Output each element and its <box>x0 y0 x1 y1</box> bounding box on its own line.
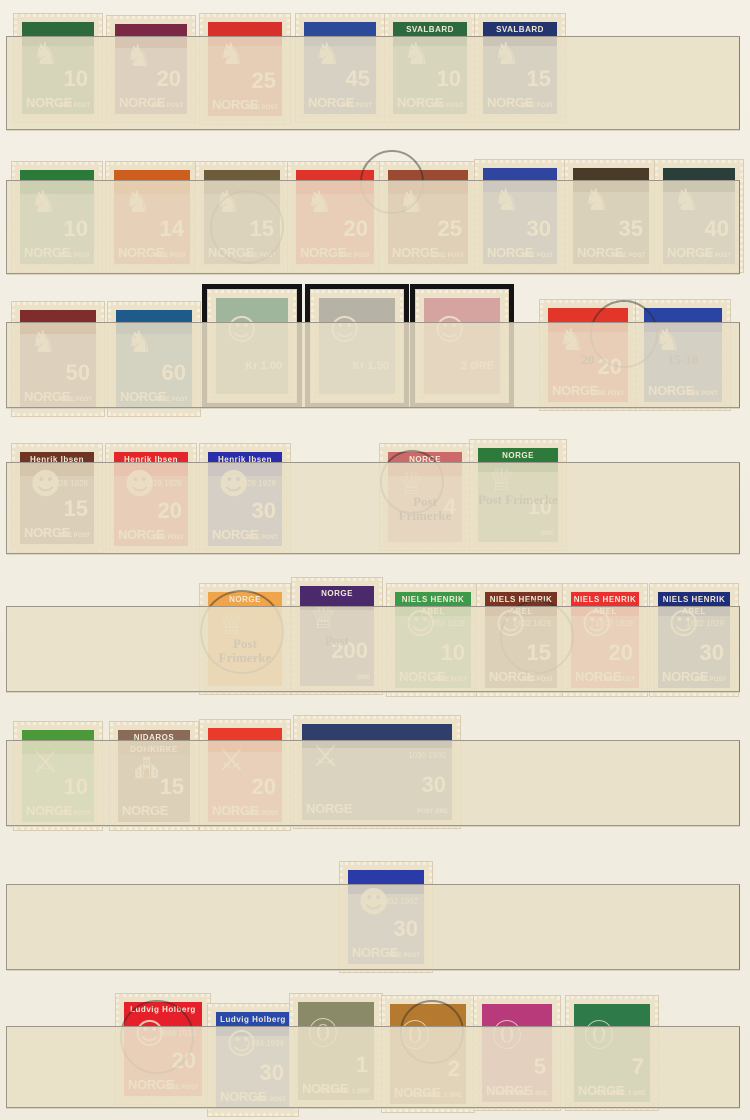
stamp-years: 1802 1829 <box>595 618 633 630</box>
stamp-face: ♞15NORGEØRE POST <box>204 170 280 264</box>
stamp[interactable]: Ludvig Holberg☺1684 193430NORGEØRE POST <box>208 1004 298 1116</box>
stamp-face: ☺Kr 1.50 <box>319 298 395 394</box>
stamp-value: 2 ØRE <box>461 360 494 372</box>
stamp[interactable]: ♞30NORGEØRE POST <box>475 160 565 272</box>
olav-icon: ⚔ <box>218 746 245 776</box>
stamp-value: 10 <box>64 216 88 242</box>
stamp-face: ♞45NORGEØRE POST <box>304 22 376 114</box>
stamp-face: ♞10NORGEØRE POST <box>20 170 94 264</box>
stamp-country: NORGE <box>122 803 168 818</box>
stamp-value: 20 <box>157 66 181 92</box>
stamp[interactable]: ♞14NORGEØRE POST <box>106 162 198 272</box>
stamp-face: ⓪1NORGEPOSTFRIM. 1 ØRE <box>298 1002 374 1100</box>
stamp-value: 10 <box>437 66 461 92</box>
stamp-value: 30 <box>422 772 446 798</box>
stamp-unit: ØRE POST <box>614 253 645 259</box>
stamp[interactable]: NORGE♕200ØREPost <box>292 578 382 694</box>
stamp-face: NIELS HENRIK ABEL☺1802 182915NORGEØRE PO… <box>485 592 557 688</box>
stamp-face: SVALBARD♞10NORGEØRE POST <box>393 22 467 114</box>
lion-icon: ♞ <box>493 186 520 216</box>
stamp-value: 30 <box>394 916 418 942</box>
stamp[interactable]: ⓪7NORGEPOSTFRIM. 7 ØRE <box>566 996 658 1110</box>
king-icon: ☺ <box>226 316 257 346</box>
stamp-face: ⓪5NORGEPOSTFRIM. 5 ØRE <box>482 1004 552 1102</box>
king-icon: ☺ <box>329 316 360 346</box>
stamp-unit: ØRE POST <box>341 103 372 109</box>
stamp-value: 20 <box>252 774 276 800</box>
stamp-country: NORGE <box>392 245 438 260</box>
stamp-face: NORGE♕Post Frimerke <box>208 592 282 686</box>
stamp-face: Henrik Ibsen☻1828 192820NORGEØRE POST <box>114 452 188 546</box>
stamp-value: 25 <box>438 216 462 242</box>
stamp-years: 1684 1934 <box>158 1028 196 1040</box>
lion-icon: ♞ <box>125 42 152 72</box>
stamp[interactable]: ⓪2NORGEPOSTFRIM. 2 ØRE <box>382 996 474 1112</box>
stamp-value: 15 <box>250 216 274 242</box>
stamp-face: NIELS HENRIK ABEL☺1802 182920NORGEØRE PO… <box>571 592 639 688</box>
stamp-face: ♞20NORGEØRE POST <box>115 24 187 114</box>
stamp-unit: ØRE POST <box>604 677 635 683</box>
stamp-unit: ØRE POST <box>59 811 90 817</box>
stamp-unit: ØRE POST <box>152 103 183 109</box>
lion-icon: ♞ <box>398 188 425 218</box>
stamp-face: ♞14NORGEØRE POST <box>114 170 190 264</box>
stamp-years: 1828 1928 <box>144 478 182 490</box>
stamp-face: Henrik Ibsen☻1828 192830NORGEØRE POST <box>208 452 282 546</box>
stamp-face: ☺2 ØRE <box>424 298 500 394</box>
stamp-years: 1030 1930 <box>408 750 446 762</box>
stamp-face: ♞25NORGEØRE POST <box>388 170 468 264</box>
stamp-years: 1802 1829 <box>513 618 551 630</box>
stamp[interactable]: Henrik Ibsen☻1828 192830NORGEØRE POST <box>200 444 290 554</box>
stamp-overprint: 20 <box>548 353 628 367</box>
stamp-value: 30 <box>260 1060 284 1086</box>
stamp-value: 50 <box>66 360 90 386</box>
stamp-unit: ØRE POST <box>247 105 278 111</box>
stamp-unit: ØRE POST <box>339 253 370 259</box>
stamp[interactable]: ♞10NORGEØRE POST <box>14 14 102 122</box>
lion-icon: ♞ <box>493 40 520 70</box>
stamp[interactable]: NORGE♕4Post Frimerke <box>380 444 470 550</box>
stamp[interactable]: ☺Kr 1.00 <box>208 290 296 402</box>
posthorn-icon: ♕ <box>310 604 337 634</box>
stamp-unit: ØRE POST <box>167 1085 198 1091</box>
stamp-overprint: 15-18 <box>644 353 722 367</box>
stamp-unit: ØRE POST <box>255 1097 286 1103</box>
stamp-unit: POSTFRIM. 1 ØRE <box>318 1089 370 1095</box>
stamp-unit: ØRE POST <box>59 103 90 109</box>
stamp-unit: ØRE POST <box>245 253 276 259</box>
stamp-value: 14 <box>160 216 184 242</box>
stamp-value: 25 <box>252 68 276 94</box>
stamp[interactable]: ⚔20NORGEØRE POST <box>200 720 290 830</box>
stamp-unit: ØRE <box>541 531 554 537</box>
stamp-value: 1 <box>356 1052 368 1078</box>
stamp[interactable]: Ludvig Holberg☺1684 193420NORGEØRE POST <box>116 994 210 1104</box>
stamp-value: 15 <box>527 66 551 92</box>
stamp-value: 15 <box>527 640 551 666</box>
lion-icon: ♞ <box>673 186 700 216</box>
stamp-unit: ØRE POST <box>522 103 553 109</box>
stamp[interactable]: ♞50NORGEØRE POST <box>12 302 104 416</box>
stamp-face: Ludvig Holberg☺1684 193430NORGEØRE POST <box>216 1012 290 1108</box>
stamp-unit: ØRE POST <box>155 253 186 259</box>
stamp-unit: ØRE POST <box>695 677 726 683</box>
stamp-overprint: Post Frimerke <box>388 495 462 523</box>
stamp-face: ♞30NORGEØRE POST <box>483 168 557 264</box>
stamp-face: ♞40NORGEØRE POST <box>663 168 735 264</box>
stamp-value: 30 <box>700 640 724 666</box>
stamp[interactable]: ♞20NORGEØRE POST <box>107 16 195 122</box>
lion-icon: ♞ <box>306 188 333 218</box>
battle-icon: ⚔ <box>312 742 339 772</box>
stamp-value: 40 <box>705 216 729 242</box>
stamp-years: 1802 1829 <box>427 618 465 630</box>
stamp-value: Kr 1.00 <box>245 360 282 372</box>
stamp-value: 2 <box>448 1056 460 1082</box>
stamp-face: ♞25NORGEØRE POST <box>208 22 282 116</box>
stamp-unit: ØRE POST <box>432 103 463 109</box>
stamp-years: 1684 1934 <box>246 1038 284 1050</box>
stamp-face: ♞10NORGEØRE POST <box>22 22 94 114</box>
stamp[interactable]: ♞20NORGEØRE POST <box>288 162 382 272</box>
stamp[interactable]: NIELS HENRIK ABEL☺1802 182930NORGEØRE PO… <box>650 584 738 696</box>
stamp-face: ⓪7NORGEPOSTFRIM. 7 ØRE <box>574 1004 650 1102</box>
stamp[interactable]: ♞25NORGEØRE POST <box>200 14 290 124</box>
stamp-value: 10 <box>64 774 88 800</box>
stamp-value: 20 <box>172 1048 196 1074</box>
stamp[interactable]: ⚔10NORGEØRE POST <box>14 722 102 830</box>
posthorn-oval-icon: ⓪ <box>400 1022 430 1052</box>
stamp-unit: ØRE POST <box>522 253 553 259</box>
stamp-face: ⚔20NORGEØRE POST <box>208 728 282 822</box>
stamp[interactable]: ♞10NORGEØRE POST <box>12 162 102 272</box>
stamp-unit: ØRE <box>357 675 370 681</box>
stamp-overprint: Post <box>300 634 374 648</box>
lion-icon: ♞ <box>558 326 585 356</box>
stamp-unit: ØRE POST <box>389 953 420 959</box>
posthorn-oval-icon: ⓪ <box>492 1022 522 1052</box>
stamp[interactable]: NIELS HENRIK ABEL☺1802 182915NORGEØRE PO… <box>477 584 565 696</box>
stamp-value: Kr 1.50 <box>352 360 389 372</box>
stamp-value: 15 <box>160 774 184 800</box>
stamp-unit: ØRE POST <box>522 677 553 683</box>
lion-icon: ♞ <box>218 40 245 70</box>
stamp[interactable]: ♞60NORGEØRE POST <box>108 302 200 416</box>
stamp-unit: POSTFRIM. 2 ØRE <box>410 1093 462 1099</box>
stamp-value: 7 <box>632 1054 644 1080</box>
stamp-face: ⚔10NORGEØRE POST <box>22 730 94 822</box>
stamp-face: Henrik Ibsen☻1828 192815NORGEØRE POST <box>20 452 94 544</box>
stamp-unit: ØRE POST <box>157 397 188 403</box>
stamp-face: NORGE♕200ØREPost <box>300 586 374 686</box>
stamp-face: ♞35NORGEØRE POST <box>573 168 649 264</box>
stamp-unit: ØRE POST <box>61 397 92 403</box>
lion-icon: ♞ <box>30 328 57 358</box>
stamp-face: NIDAROS DOMKIRKE⛪15NORGE <box>118 730 190 822</box>
stamp[interactable]: NIELS HENRIK ABEL☺1802 182920NORGEØRE PO… <box>563 584 647 696</box>
stamp-years: 1802 1829 <box>686 618 724 630</box>
stamp-value: 15 <box>64 496 88 522</box>
lion-icon: ♞ <box>403 40 430 70</box>
stamp-value: 30 <box>527 216 551 242</box>
stamp[interactable]: ☻1832 193230NORGEØRE POST <box>340 862 432 972</box>
stamp-unit: ØRE POST <box>700 253 731 259</box>
stamp[interactable]: ♞20NORGEØRE POST20 <box>540 300 636 410</box>
lion-icon: ♞ <box>583 186 610 216</box>
stamp-face: Ludvig Holberg☺1684 193420NORGEØRE POST <box>124 1002 202 1096</box>
lion-icon: ♞ <box>214 188 241 218</box>
posthorn-oval-icon: ⓪ <box>584 1022 614 1052</box>
stamp-years: 1828 1928 <box>238 478 276 490</box>
lion-icon: ♞ <box>126 328 153 358</box>
stamp-face: ♞60NORGEØRE POST <box>116 310 192 408</box>
stamp-value: 10 <box>441 640 465 666</box>
stamp-value: 60 <box>162 360 186 386</box>
stamp-face: ♞20NORGEØRE POST20 <box>548 308 628 402</box>
stamp-face: ☻1832 193230NORGEØRE POST <box>348 870 424 964</box>
stamp[interactable]: Henrik Ibsen☻1828 192815NORGEØRE POST <box>12 444 102 552</box>
stamp-unit: ØRE POST <box>59 253 90 259</box>
olav-icon: ⚔ <box>32 748 59 778</box>
stamp-unit: POSTFRIM. 7 ØRE <box>594 1091 646 1097</box>
stamp[interactable]: ♞15NORGEØRE POST <box>196 162 288 272</box>
stamp-face: SVALBARD♞15NORGEØRE POST <box>483 22 557 114</box>
lion-icon: ♞ <box>314 40 341 70</box>
lion-icon: ♞ <box>32 40 59 70</box>
stamp-unit: ØRE POST <box>59 533 90 539</box>
stamp-unit: ØRE POST <box>247 811 278 817</box>
stamp[interactable]: ♞40NORGEØRE POST <box>655 160 743 272</box>
stamp-overprint: Post Frimerke <box>478 493 558 507</box>
stamp-value: 20 <box>158 498 182 524</box>
stamp-value: 5 <box>534 1054 546 1080</box>
stamp-value: 30 <box>252 498 276 524</box>
stamp-unit: ØRE POST <box>593 391 624 397</box>
stamp-value: 35 <box>619 216 643 242</box>
stamp-face: ♞NORGEØRE POST15-18 <box>644 308 722 402</box>
stamp[interactable]: ♞35NORGEØRE POST <box>565 160 657 272</box>
lion-icon: ♞ <box>30 188 57 218</box>
stamp[interactable]: NORGE♕10ØREPost Frimerke <box>470 440 566 550</box>
stamp-face: ☺Kr 1.00 <box>216 298 288 394</box>
stamp-country: NORGE <box>552 383 598 398</box>
stamp[interactable]: Henrik Ibsen☻1828 192820NORGEØRE POST <box>106 444 196 554</box>
stamp-unit: ØRE POST <box>153 535 184 541</box>
stamp[interactable]: SVALBARD♞10NORGEØRE POST <box>385 14 475 122</box>
stamp-value: 45 <box>346 66 370 92</box>
stamp[interactable]: ♞NORGEØRE POST15-18 <box>636 300 730 410</box>
stamp[interactable]: ⓪5NORGEPOSTFRIM. 5 ØRE <box>474 996 560 1110</box>
stamp[interactable]: ⓪1NORGEPOSTFRIM. 1 ØRE <box>290 994 382 1108</box>
stamp-years: 1828 1928 <box>50 478 88 490</box>
king-icon: ☺ <box>434 316 465 346</box>
stamp-unit: ØRE POST <box>247 535 278 541</box>
stamp[interactable]: ♞45NORGEØRE POST <box>296 14 384 122</box>
stamp[interactable]: NIDAROS DOMKIRKE⛪15NORGE <box>110 722 198 830</box>
stamp-value: 10 <box>64 66 88 92</box>
stamp-unit: ØRE POST <box>436 677 467 683</box>
stamp-overprint: Post Frimerke <box>208 637 282 665</box>
stamp-face: ♞50NORGEØRE POST <box>20 310 96 408</box>
stamp-value: 20 <box>609 640 633 666</box>
posthorn-oval-icon: ⓪ <box>308 1020 338 1050</box>
stamp[interactable]: ☺2 ØRE <box>416 290 508 402</box>
stamp-country: NORGE <box>306 801 352 816</box>
stamp[interactable]: NIELS HENRIK ABEL☺1802 182910NORGEØRE PO… <box>387 584 479 696</box>
stamp-face: ⚔1030 193030NORGEPOST ØRE <box>302 724 452 820</box>
stamp[interactable]: NORGE♕Post Frimerke <box>200 584 290 694</box>
stamp-unit: POSTFRIM. 5 ØRE <box>496 1091 548 1097</box>
stamp-face: NORGE♕4Post Frimerke <box>388 452 462 542</box>
stamp[interactable]: SVALBARD♞15NORGEØRE POST <box>475 14 565 122</box>
stamp[interactable]: ♞25NORGEØRE POST <box>380 162 476 272</box>
stamp-years: 1832 1932 <box>380 896 418 908</box>
stamp-value: 20 <box>344 216 368 242</box>
stamp-unit: POST ØRE <box>417 809 448 815</box>
stamp[interactable]: ⚔1030 193030NORGEPOST ØRE <box>294 716 460 828</box>
stamp-face: ♞20NORGEØRE POST <box>296 170 374 264</box>
stamp[interactable]: ☺Kr 1.50 <box>311 290 403 402</box>
stamp-face: NIELS HENRIK ABEL☺1802 182910NORGEØRE PO… <box>395 592 471 688</box>
stamp-unit: ØRE POST <box>687 391 718 397</box>
stamp-face: NORGE♕10ØREPost Frimerke <box>478 448 558 542</box>
album-page: ♞10NORGEØRE POST♞20NORGEØRE POST♞25NORGE… <box>0 0 750 1120</box>
stamp-face: NIELS HENRIK ABEL☺1802 182930NORGEØRE PO… <box>658 592 730 688</box>
stamp-face: ⓪2NORGEPOSTFRIM. 2 ØRE <box>390 1004 466 1104</box>
lion-icon: ♞ <box>124 188 151 218</box>
stamp-unit: ØRE POST <box>433 253 464 259</box>
